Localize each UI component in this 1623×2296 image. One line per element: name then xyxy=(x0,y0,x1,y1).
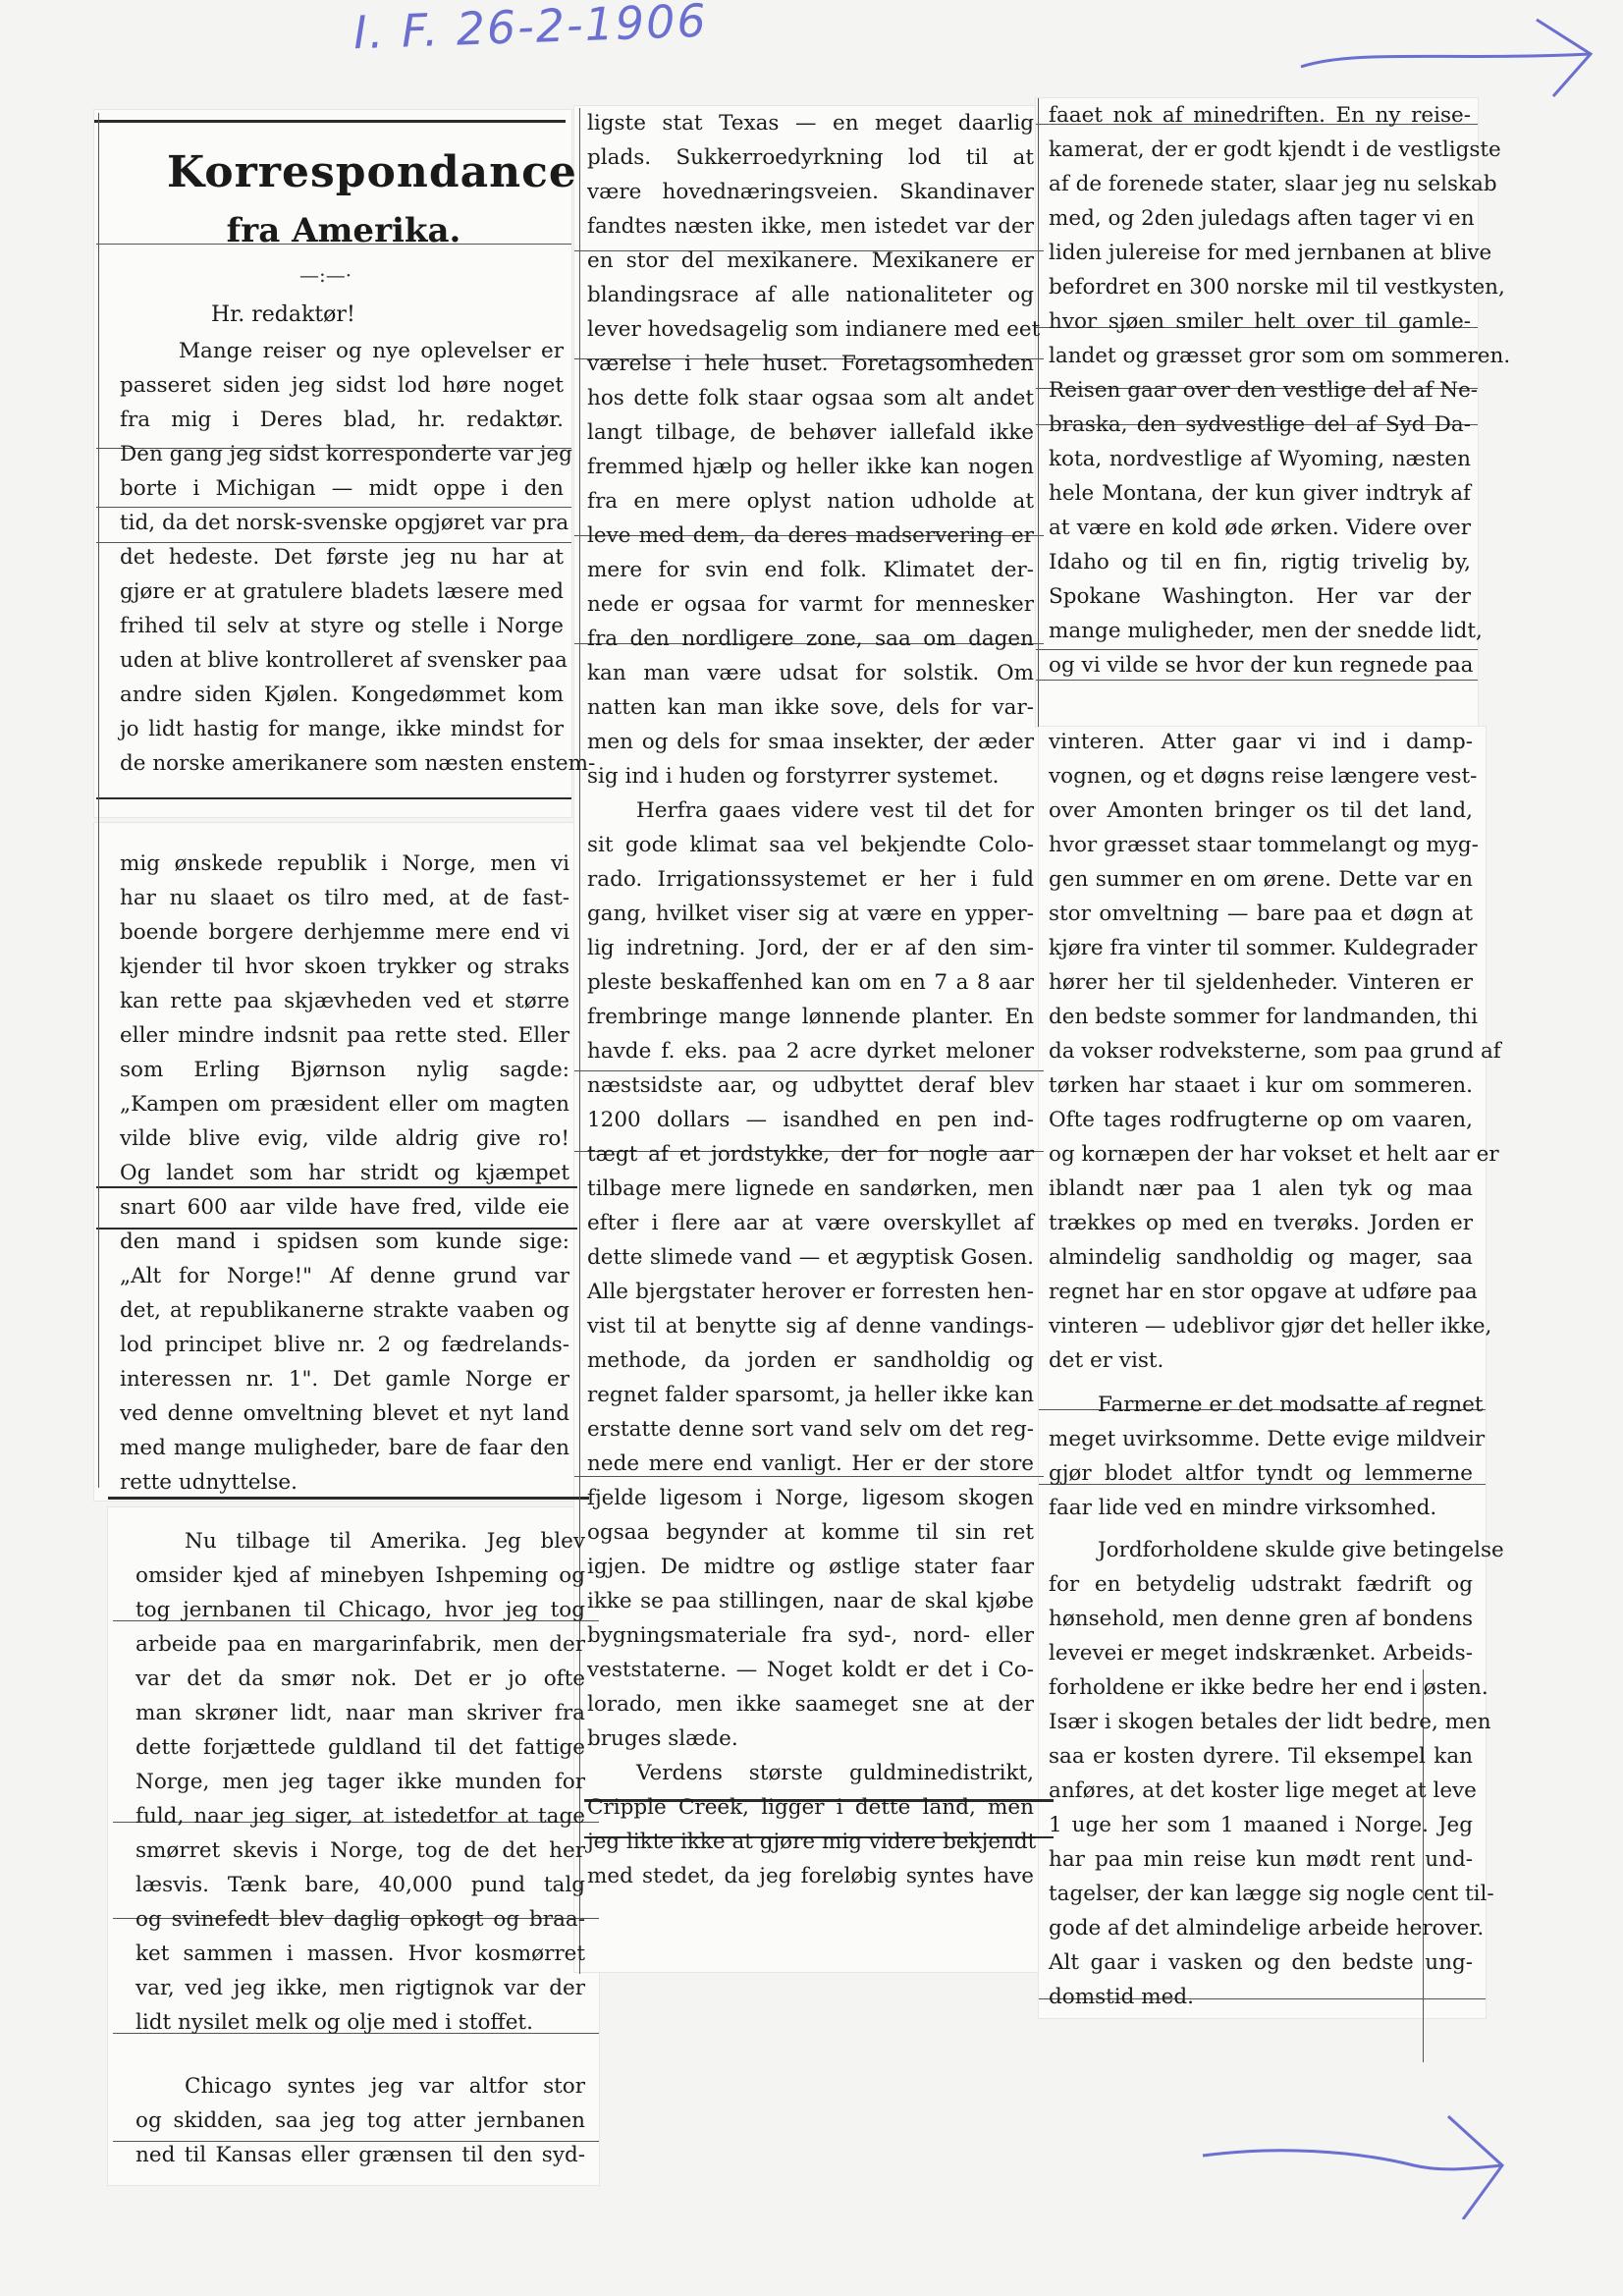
article-title: Korrespondance xyxy=(167,147,530,197)
text-line: arbeide paa en margarinfabrik, men der xyxy=(135,1627,585,1662)
text-line: gode af det almindelige arbeide herover. xyxy=(1049,1911,1473,1945)
text-line: at være en kold øde ørken. Videre over xyxy=(1049,511,1471,545)
text-line: hvor sjøen smiler helt over til gamle- xyxy=(1049,304,1471,339)
text-line: efter i flere aar at være overskyllet af xyxy=(587,1206,1034,1240)
text-line: methode, da jorden er sandholdig og xyxy=(587,1343,1034,1378)
column-right: faaet nok af minedriften. En ny reise- k… xyxy=(1049,98,1471,683)
text-line: vilde blive evig, vilde aldrig give ro! xyxy=(120,1121,569,1156)
text-line: da vokser rodveksterne, som paa grund af xyxy=(1049,1034,1473,1068)
text-line: Ofte tages rodfrugterne op om vaaren, xyxy=(1049,1103,1473,1137)
text-line: næstsidste aar, og udbyttet deraf blev xyxy=(587,1068,1034,1103)
text-line: langt tilbage, de behøver iallefald ikke xyxy=(587,415,1034,450)
text-line: befordret en 300 norske mil til vestkyst… xyxy=(1049,270,1471,304)
text-line: „Kampen om præsident eller om magten xyxy=(120,1087,569,1121)
text-line: veststaterne. — Noget koldt er det i Co- xyxy=(587,1653,1034,1687)
text-line: trækkes op med en tverøks. Jorden er xyxy=(1049,1206,1473,1240)
text-line: borte i Michigan — midt oppe i den xyxy=(120,471,564,506)
column-rule xyxy=(94,120,566,123)
text-line: landet og græsset gror som om sommeren. xyxy=(1049,339,1471,373)
text-line: tørken har staaet i kur om sommeren. xyxy=(1049,1068,1473,1103)
article-subtitle: fra Amerika. xyxy=(196,211,491,250)
text-line: hønsehold, men denne gren af bondens xyxy=(1049,1602,1473,1636)
text-line: Verdens største guldminedistrikt, xyxy=(587,1756,1034,1790)
text-line: fuld, naar jeg siger, at istedetfor at t… xyxy=(135,1799,585,1833)
text-line: tægt af et jordstykke, der for nogle aar xyxy=(587,1137,1034,1172)
text-line: for en betydelig udstrakt fædrift og xyxy=(1049,1567,1473,1602)
text-line: iblandt nær paa 1 alen tyk og maa xyxy=(1049,1172,1473,1206)
text-line: mig ønskede republik i Norge, men vi xyxy=(120,847,569,881)
text-line: kjender til hvor skoen trykker og straks xyxy=(120,950,569,984)
text-line: kota, nordvestlige af Wyoming, næsten xyxy=(1049,442,1471,476)
text-line: ved denne omveltning blevet et nyt land xyxy=(120,1396,569,1431)
text-line: lever hovedsagelig som indianere med eet xyxy=(587,312,1034,347)
right-arrow-icon-bottom xyxy=(1198,2111,1522,2219)
text-line: hele Montana, der kun giver indtryk af xyxy=(1049,476,1471,511)
text-line: dette slimede vand — et ægyptisk Gosen. xyxy=(587,1240,1034,1275)
column-left-cont: mig ønskede republik i Norge, men vi har… xyxy=(120,847,569,1500)
text-line: faar lide ved en mindre virksomhed. xyxy=(1049,1491,1473,1525)
text-line: boende borgere derhjemme mere end vi xyxy=(120,915,569,950)
text-line: passeret siden jeg sidst lod høre noget xyxy=(120,368,564,403)
text-line: med stedet, da jeg foreløbig syntes have xyxy=(587,1859,1034,1893)
text-line: fra en mere oplyst nation udholde at xyxy=(587,484,1034,519)
text-line: fra mig i Deres blad, hr. redaktør. xyxy=(120,403,564,437)
text-line: har paa min reise kun mødt rent und- xyxy=(1049,1842,1473,1877)
text-line: det er vist. xyxy=(1049,1343,1473,1378)
text-line: uden at blive kontrolleret af svensker p… xyxy=(120,643,564,678)
text-line: vinteren. Atter gaar vi ind i damp- xyxy=(1049,725,1473,759)
text-line: leve med dem, da deres madservering er xyxy=(587,519,1034,553)
text-line: jo lidt hastig for mange, ikke mindst fo… xyxy=(120,712,564,746)
text-line: fandtes næsten ikke, men istedet var der xyxy=(587,209,1034,244)
text-line: og vi vilde se hvor der kun regnede paa xyxy=(1049,648,1471,683)
text-line: bygningsmateriale fra syd-, nord- eller xyxy=(587,1618,1034,1653)
text-line: rette udnyttelse. xyxy=(120,1465,569,1500)
text-line: havde f. eks. paa 2 acre dyrket meloner xyxy=(587,1034,1034,1068)
text-line: fjelde ligesom i Norge, ligesom skogen xyxy=(587,1481,1034,1515)
text-line: Jordforholdene skulde give betingelse xyxy=(1049,1533,1473,1567)
text-line: den mand i spidsen som kunde sige: xyxy=(120,1225,569,1259)
text-line: man skrøner lidt, naar man skriver fra xyxy=(135,1696,585,1730)
text-line: det, at republikanerne strakte vaaben og xyxy=(120,1293,569,1328)
text-line: det hedeste. Det første jeg nu har at xyxy=(120,540,564,574)
title-ornament: —:—· xyxy=(299,263,352,287)
text-line: de norske amerikanere som næsten enstem- xyxy=(120,746,564,781)
text-line: andre siden Kjølen. Kongedømmet kom xyxy=(120,678,564,712)
column-edge xyxy=(1038,98,1039,727)
text-line: Mange reiser og nye oplevelser er xyxy=(120,334,564,368)
text-line: værelse i hele huset. Foretagsomheden xyxy=(587,347,1034,381)
text-line: ned til Kansas eller grænsen til den syd… xyxy=(135,2138,585,2172)
text-line: men og dels for smaa insekter, der æder xyxy=(587,725,1034,759)
text-line: lod principet blive nr. 2 og fædrelands- xyxy=(120,1328,569,1362)
text-line: saa er kosten dyrere. Til eksempel kan xyxy=(1049,1739,1473,1774)
text-line: kan man være udsat for solstik. Om xyxy=(587,656,1034,690)
text-line: og kornæpen der har vokset et helt aar e… xyxy=(1049,1137,1473,1172)
text-line: 1200 dollars — isandhed en pen ind- xyxy=(587,1103,1034,1137)
text-line: og skidden, saa jeg tog atter jernbanen xyxy=(135,2104,585,2138)
text-line: lorado, men ikke saameget sne at der xyxy=(587,1687,1034,1722)
text-line: tid, da det norsk-svenske opgjøret var p… xyxy=(120,506,564,540)
text-line: dette forjættede guldland til det fattig… xyxy=(135,1730,585,1765)
handwritten-date-annotation: I. F. 26-2-1906 xyxy=(352,0,708,59)
text-line: regnet falder sparsomt, ja heller ikke k… xyxy=(587,1378,1034,1412)
text-line: af de forenede stater, slaar jeg nu sels… xyxy=(1049,167,1471,201)
text-line: jeg likte ikke at gjøre mig videre bekje… xyxy=(587,1825,1034,1859)
column-rule xyxy=(96,797,571,799)
text-line: kjøre fra vinter til sommer. Kuldegrader xyxy=(1049,931,1473,965)
text-line: plads. Sukkerroedyrkning lod til at xyxy=(587,140,1034,175)
text-line: igjen. De midtre og østlige stater faar xyxy=(587,1550,1034,1584)
text-line: ikke se paa stillingen, naar de skal kjø… xyxy=(587,1584,1034,1618)
text-line: være hovednæringsveien. Skandinaver xyxy=(587,175,1034,209)
text-line: lig indretning. Jord, der er af den sim- xyxy=(587,931,1034,965)
text-line: tagelser, der kan lægge sig nogle cent t… xyxy=(1049,1877,1473,1911)
text-line: lidt nysilet melk og olje med i stoffet. xyxy=(135,2005,585,2040)
text-line: Alle bjergstater herover er forresten he… xyxy=(587,1275,1034,1309)
text-line: Norge, men jeg tager ikke munden for xyxy=(135,1765,585,1799)
text-line: levevei er meget indskrænket. Arbeids- xyxy=(1049,1636,1473,1670)
text-line: faaet nok af minedriften. En ny reise- xyxy=(1049,98,1471,133)
text-line: med mange muligheder, bare de faar den xyxy=(120,1431,569,1465)
text-line: ogsaa begynder at komme til sin ret xyxy=(587,1515,1034,1550)
text-line: mange muligheder, men der snedde lidt, xyxy=(1049,614,1471,648)
text-line: hører her til sjeldenheder. Vinteren er xyxy=(1049,965,1473,1000)
text-line: gang, hvilket viser sig at være en ypper… xyxy=(587,897,1034,931)
column-left: Mange reiser og nye oplevelser er passer… xyxy=(120,334,564,781)
text-line: frembringe mange lønnende planter. En xyxy=(587,1000,1034,1034)
text-line: omsider kjed af minebyen Ishpeming og xyxy=(135,1558,585,1593)
text-line: smørret skevis i Norge, tog de det her xyxy=(135,1833,585,1868)
text-line: Især i skogen betales der lidt bedre, me… xyxy=(1049,1705,1473,1739)
column-left-bottom: Nu tilbage til Amerika. Jeg blev omsider… xyxy=(135,1524,585,2172)
text-line: som Erling Bjørnson nylig sagde: xyxy=(120,1053,569,1087)
text-line: med, og 2den juledags aften tager vi en xyxy=(1049,201,1471,236)
text-line: „Alt for Norge!" Af denne grund var xyxy=(120,1259,569,1293)
text-line: Chicago syntes jeg var altfor stor xyxy=(135,2069,585,2104)
text-line: forholdene er ikke bedre her end i østen… xyxy=(1049,1670,1473,1705)
text-line: den bedste sommer for landmanden, thi xyxy=(1049,1000,1473,1034)
text-line: snart 600 aar vilde have fred, vilde eie xyxy=(120,1190,569,1225)
text-line: kan rette paa skjævheden ved et større xyxy=(120,984,569,1018)
text-line: anføres, at det koster lige meget at lev… xyxy=(1049,1774,1473,1808)
text-line: nede mere end vanligt. Her er der store xyxy=(587,1447,1034,1481)
text-line: kamerat, der er godt kjendt i de vestlig… xyxy=(1049,133,1471,167)
text-line: almindelig sandholdig og mager, saa xyxy=(1049,1240,1473,1275)
text-line: liden julereise for med jernbanen at bli… xyxy=(1049,236,1471,270)
column-middle: ligste stat Texas — en meget daarlig pla… xyxy=(587,106,1034,1893)
text-line: blandingsrace af alle nationaliteter og xyxy=(587,278,1034,312)
text-line: frihed til selv at styre og stelle i Nor… xyxy=(120,609,564,643)
text-line: en stor del mexikanere. Mexikanere er xyxy=(587,244,1034,278)
text-line: sig ind i huden og forstyrrer systemet. xyxy=(587,759,1034,793)
text-line: mere for svin end folk. Klimatet der- xyxy=(587,553,1034,587)
text-line: Alt gaar i vasken og den bedste ung- xyxy=(1049,1945,1473,1980)
text-line: Den gang jeg sidst korresponderte var je… xyxy=(120,437,564,471)
text-line: Og landet som har stridt og kjæmpet xyxy=(120,1156,569,1190)
text-line: braska, den sydvestlige del af Syd Da- xyxy=(1049,408,1471,442)
text-line: tog jernbanen til Chicago, hvor jeg tog xyxy=(135,1593,585,1627)
text-line: regnet har en stor opgave at udføre paa xyxy=(1049,1275,1473,1309)
text-line: tilbage mere lignede en sandørken, men xyxy=(587,1172,1034,1206)
text-line: interessen nr. 1". Det gamle Norge er xyxy=(120,1362,569,1396)
text-line: domstid med. xyxy=(1049,1980,1473,2014)
text-line: gjør blodet altfor tyndt og lemmerne xyxy=(1049,1456,1473,1491)
text-line: stor omveltning — bare paa et døgn at xyxy=(1049,897,1473,931)
column-right-cont: vinteren. Atter gaar vi ind i damp- vogn… xyxy=(1049,725,1473,2014)
text-line: 1 uge her som 1 maaned i Norge. Jeg xyxy=(1049,1808,1473,1842)
text-line: meget uvirksomme. Dette evige mildveir xyxy=(1049,1422,1473,1456)
text-line: pleste beskaffenhed kan om en 7 a 8 aar xyxy=(587,965,1034,1000)
text-line: over Amonten bringer os til det land, xyxy=(1049,793,1473,828)
text-line: hvor græsset staar tommelangt og myg- xyxy=(1049,828,1473,862)
text-line: ket sammen i massen. Hvor kosmørret xyxy=(135,1937,585,1971)
text-line: nede er ogsaa for varmt for mennesker xyxy=(587,587,1034,622)
text-line: gen summer en om ørene. Dette var en xyxy=(1049,862,1473,897)
column-rule xyxy=(96,244,571,245)
text-line: vognen, og et døgns reise længere vest- xyxy=(1049,759,1473,793)
text-line: natten kan man ikke sove, dels for var- xyxy=(587,690,1034,725)
text-line: bruges slæde. xyxy=(587,1722,1034,1756)
text-line: var, ved jeg ikke, men rigtignok var der xyxy=(135,1971,585,2005)
text-line: Cripple Creek, ligger i dette land, men xyxy=(587,1790,1034,1825)
text-line: erstatte denne sort vand selv om det reg… xyxy=(587,1412,1034,1447)
text-line: ligste stat Texas — en meget daarlig xyxy=(587,106,1034,140)
column-edge xyxy=(98,113,99,1488)
text-line: har nu slaaet os tilro med, at de fast- xyxy=(120,881,569,915)
text-line: Nu tilbage til Amerika. Jeg blev xyxy=(135,1524,585,1558)
text-line: eller mindre indsnit paa rette sted. Ell… xyxy=(120,1018,569,1053)
text-line: fremmed hjælp og heller ikke kan nogen xyxy=(587,450,1034,484)
greeting: Hr. redaktør! xyxy=(211,302,355,327)
text-line: Reisen gaar over den vestlige del af Ne- xyxy=(1049,373,1471,408)
text-line: vist til at benytte sig af denne vanding… xyxy=(587,1309,1034,1343)
right-arrow-icon-top xyxy=(1296,10,1610,98)
text-line: læsvis. Tænk bare, 40,000 pund talg xyxy=(135,1868,585,1902)
text-line: Farmerne er det modsatte af regnet xyxy=(1049,1388,1473,1422)
text-line: var det da smør nok. Det er jo ofte xyxy=(135,1662,585,1696)
text-line: Spokane Washington. Her var der xyxy=(1049,579,1471,614)
text-line: Idaho og til en fin, rigtig trivelig by, xyxy=(1049,545,1471,579)
text-line: Herfra gaaes videre vest til det for xyxy=(587,793,1034,828)
text-line: og svinefedt blev daglig opkogt og braa- xyxy=(135,1902,585,1937)
text-line: vinteren — udeblivor gjør det heller ikk… xyxy=(1049,1309,1473,1343)
text-line: gjøre er at gratulere bladets læsere med xyxy=(120,574,564,609)
text-line: fra den nordligere zone, saa om dagen xyxy=(587,622,1034,656)
text-line: hos dette folk staar ogsaa som alt andet xyxy=(587,381,1034,415)
text-line: sit gode klimat saa vel bekjendte Colo- xyxy=(587,828,1034,862)
text-line: rado. Irrigationssystemet er her i fuld xyxy=(587,862,1034,897)
